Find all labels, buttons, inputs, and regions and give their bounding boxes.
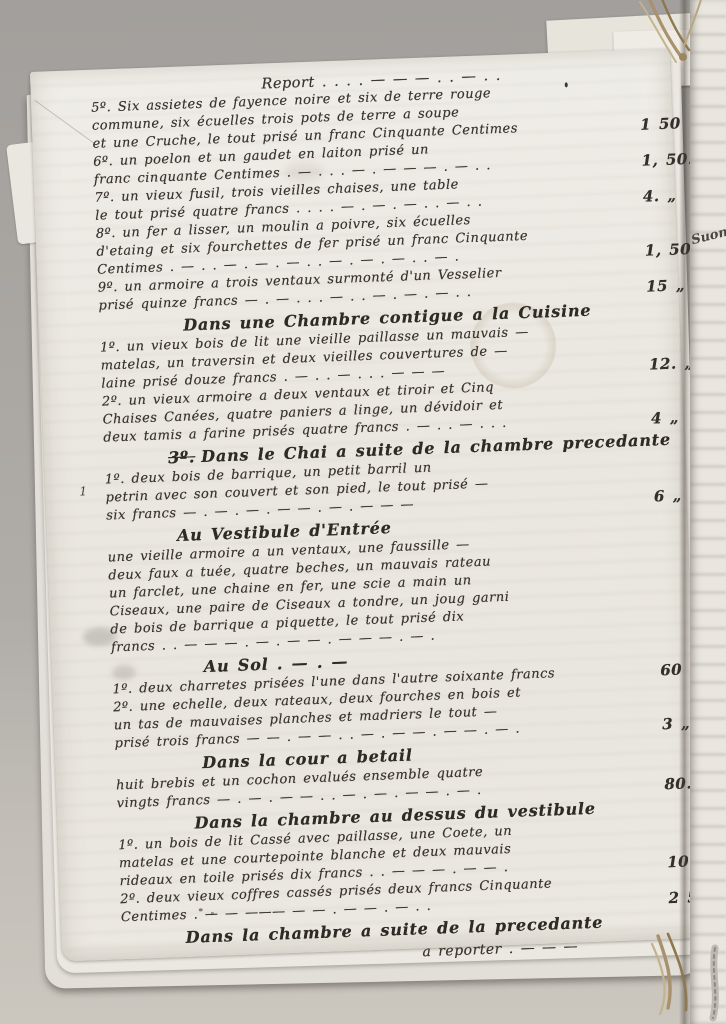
- manuscript-page: 1 Report . . . . — — — . . — . . 32f 50 …: [30, 49, 702, 962]
- bleed-through-ink: [690, 0, 726, 1024]
- struck-number: 3º.: [168, 447, 196, 467]
- amount-value: 4. „: [643, 186, 677, 205]
- amount-value: 6 „: [654, 486, 682, 505]
- amount-value: 1 50: [640, 114, 681, 133]
- manuscript-text: Report . . . . — — — . . — . . 32f 50 5º…: [30, 49, 702, 962]
- adjacent-page: Suons: [690, 0, 726, 1024]
- photo-background: 1 Report . . . . — — — . . — . . 32f 50 …: [0, 0, 726, 1024]
- amount-value: 4 „: [651, 408, 679, 427]
